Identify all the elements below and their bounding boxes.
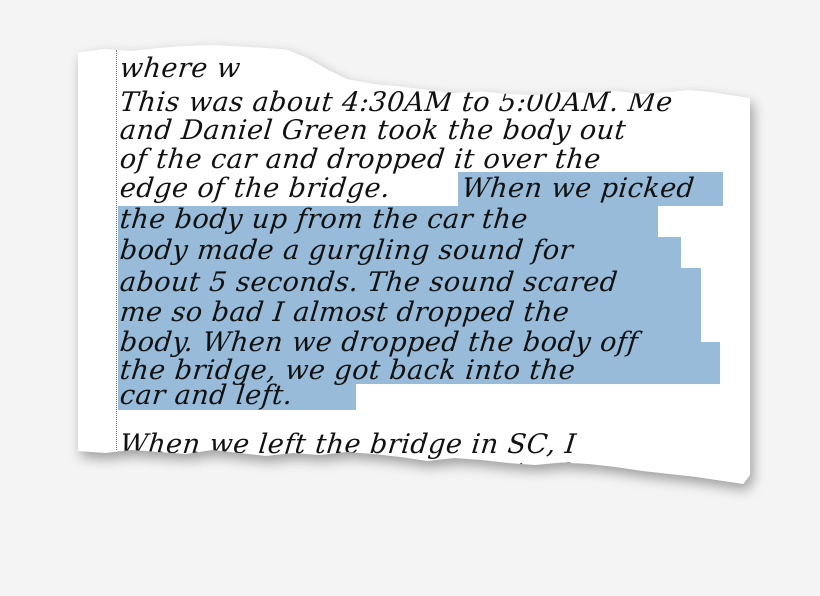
handwritten-line: When we left the bridge in SC, I: [118, 428, 578, 462]
highlighted-line: me so bad I almost dropped the: [118, 296, 571, 330]
torn-paper-document: where w This was about 4:30AM to 5:00AM.…: [78, 30, 750, 530]
highlighted-line: When we picked: [460, 172, 696, 206]
highlighted-line: about 5 seconds. The sound scared: [118, 266, 619, 300]
paper-sheet: where w This was about 4:30AM to 5:00AM.…: [78, 30, 750, 530]
margin-line: [116, 50, 117, 450]
highlighted-line: car and left.: [118, 379, 294, 413]
handwritten-line: was driving and Green was in the: [118, 458, 597, 492]
handwritten-line: the: [666, 486, 715, 520]
handwritten-line: edge of the bridge.: [118, 172, 392, 206]
handwritten-line: where w: [118, 52, 242, 86]
highlighted-line: the body up from the car the: [118, 203, 529, 237]
highlighted-line: body made a gurgling sound for: [118, 234, 575, 268]
